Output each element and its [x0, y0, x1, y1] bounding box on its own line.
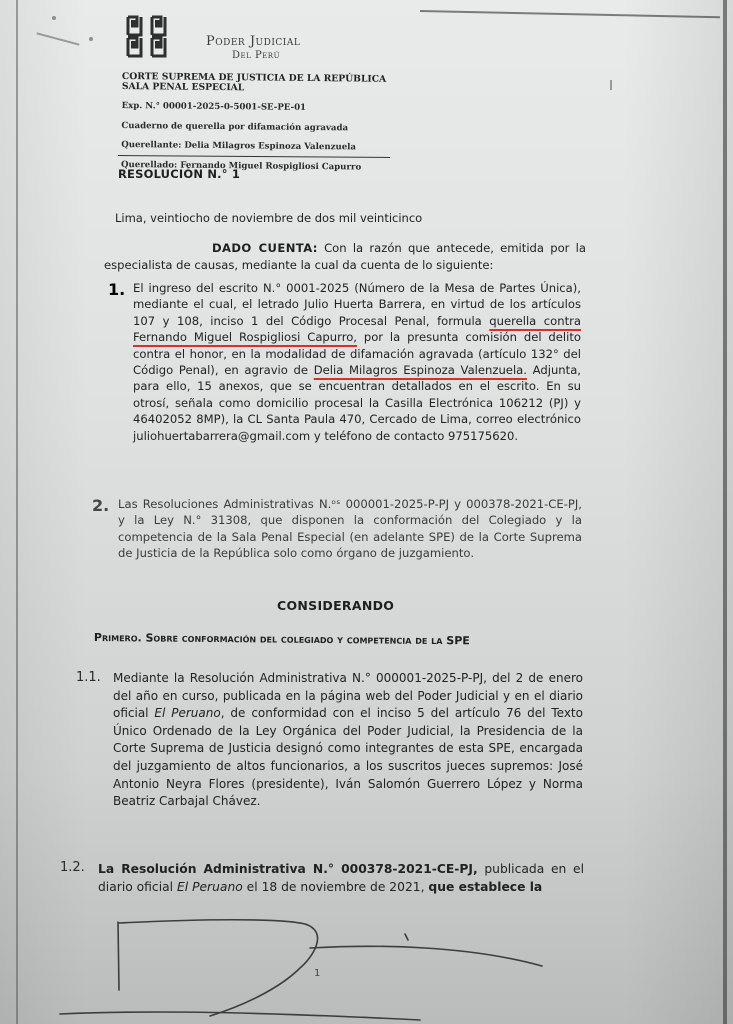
paragraph-bold: que establece la	[428, 880, 542, 894]
newspaper-name: El Peruano	[154, 706, 220, 720]
paragraph: Mediante la Resolución Administrativa N.…	[113, 670, 583, 811]
section-title: CONSIDERANDO	[277, 598, 394, 613]
newspaper-name: El Peruano	[177, 880, 243, 894]
paper-edge-top	[420, 10, 720, 18]
pj-logo-icon	[125, 14, 175, 59]
resolution-title: RESOLUCIÓN N.° 1	[118, 166, 240, 183]
case-number: Exp. N.° 00001-2025-0-5001-SE-PE-01	[122, 102, 386, 114]
paragraph-bold: La Resolución Administrativa N.° 000378-…	[98, 862, 478, 876]
list-item: El ingreso del escrito N.° 0001-2025 (Nú…	[133, 280, 581, 444]
paragraph: La Resolución Administrativa N.° 000378-…	[98, 860, 584, 896]
pen-dot	[52, 16, 56, 20]
paragraph-text: , de conformidad con el inciso 5 del art…	[113, 706, 583, 808]
pen-mark	[610, 80, 612, 90]
pen-dot	[89, 37, 93, 41]
pen-mark	[36, 32, 79, 45]
paper-edge-right	[723, 0, 727, 1024]
case-notebook: Cuaderno de querella por difamación agra…	[121, 122, 385, 134]
paragraph-number: 1.1.	[76, 670, 101, 685]
complainant: Querellante: Delia Milagros Espinoza Val…	[121, 141, 385, 153]
list-item: Las Resoluciones Administrativas N.ᵒˢ 00…	[118, 496, 582, 562]
paper-edge-left	[16, 0, 18, 1024]
institution-subtitle: Del Perú	[206, 50, 300, 61]
highlighted-underline: Delia Milagros Espinoza Valenzuela.	[314, 363, 527, 377]
subsection-title: Primero. Sobre conformación del colegiad…	[94, 631, 470, 647]
dado-cuenta-label: DADO CUENTA:	[212, 241, 318, 255]
dado-cuenta-text: Con la razón que antecede, emitida por l…	[104, 241, 586, 272]
institution-name: Poder Judicial Del Perú	[206, 34, 300, 61]
page-number: 1	[314, 968, 320, 979]
item-number: 2.	[92, 496, 109, 515]
resolution-date: Lima, veintiocho de noviembre de dos mil…	[115, 210, 422, 227]
dado-cuenta-paragraph: DADO CUENTA: Con la razón que antecede, …	[104, 240, 586, 273]
item-number: 1.	[108, 280, 125, 299]
paragraph-number: 1.2.	[60, 860, 85, 875]
case-header: CORTE SUPREMA DE JUSTICIA DE LA REPÚBLIC…	[121, 72, 386, 173]
document-page: Poder Judicial Del Perú CORTE SUPREMA DE…	[0, 0, 733, 1024]
paragraph-text: el 18 de noviembre de 2021,	[243, 880, 429, 894]
institution-title: Poder Judicial	[206, 34, 300, 49]
